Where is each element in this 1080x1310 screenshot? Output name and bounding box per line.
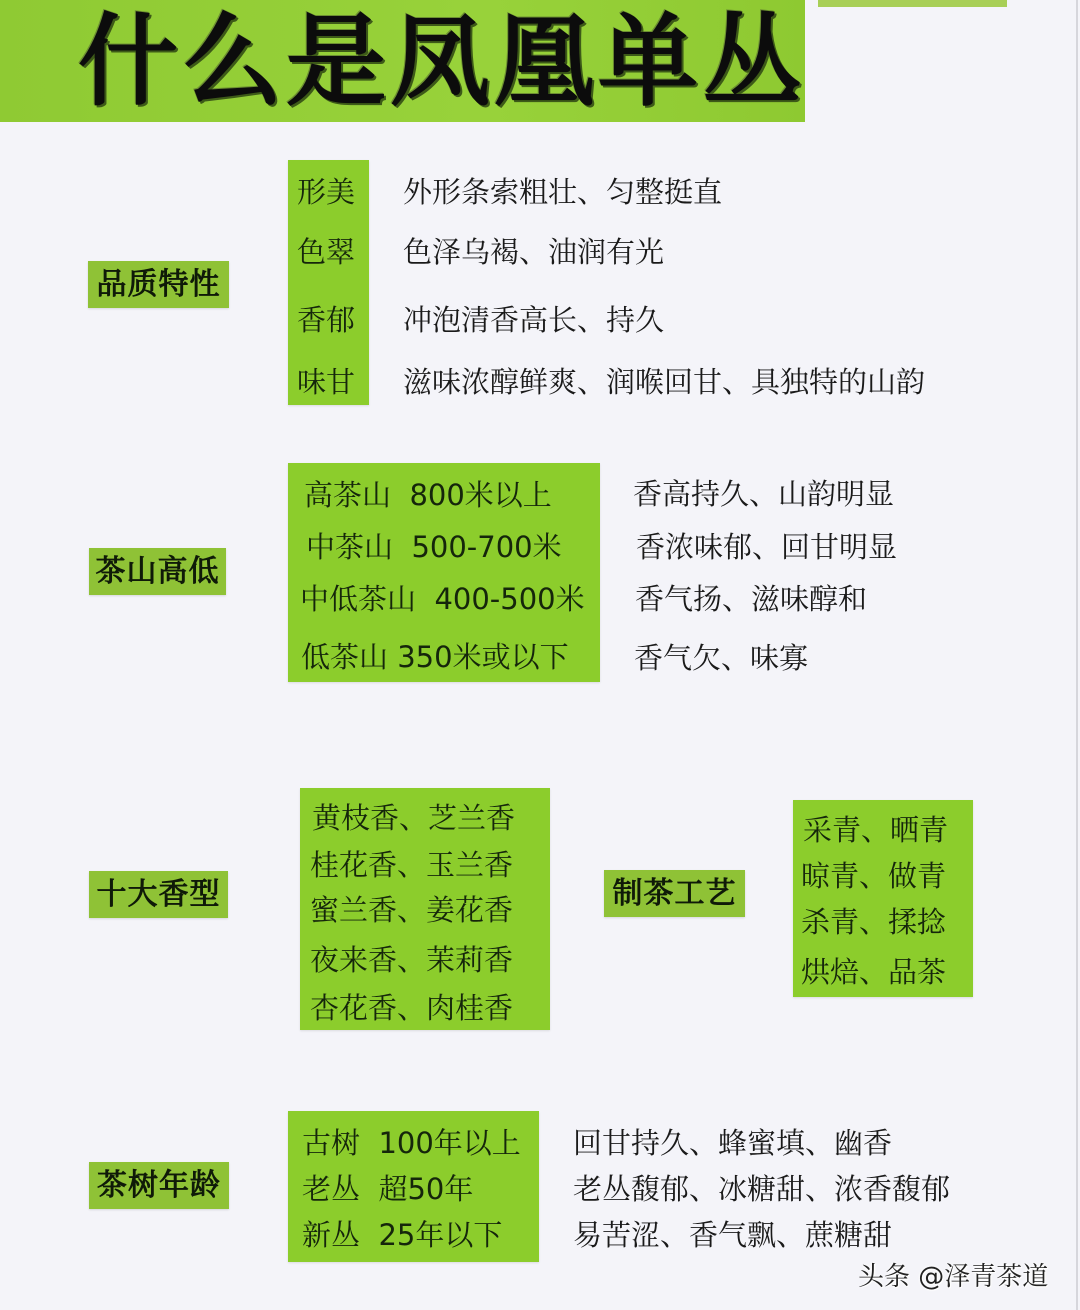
section-label-altitude: 茶山高低	[89, 548, 226, 595]
altitude-value: 400-500米	[434, 582, 584, 616]
altitude-row: 低茶山 350米或以下	[301, 635, 569, 676]
altitude-desc: 香高持久、山韵明显	[633, 472, 894, 513]
tree-age-desc: 回甘持久、蜂蜜填、幽香	[573, 1121, 892, 1162]
section-label-process: 制茶工艺	[604, 870, 745, 917]
altitude-desc: 香浓味郁、回甘明显	[636, 525, 897, 566]
process-row: 晾青、做青	[801, 854, 946, 895]
quality-desc: 冲泡清香高长、持久	[403, 298, 664, 339]
aroma-row: 黄枝香、芝兰香	[312, 796, 515, 837]
tree-age-key: 老丛	[302, 1172, 360, 1206]
altitude-desc: 香气欠、味寡	[634, 636, 808, 677]
quality-desc: 色泽乌褐、油润有光	[403, 230, 664, 271]
tree-age-row: 老丛 超50年	[302, 1167, 473, 1208]
watermark: 头条 @泽青茶道	[858, 1256, 1048, 1293]
section-label-tree-age: 茶树年龄	[89, 1162, 229, 1209]
altitude-desc: 香气扬、滋味醇和	[635, 577, 867, 618]
quality-desc: 外形条索粗壮、匀整挺直	[403, 170, 722, 211]
process-row: 杀青、揉捻	[801, 900, 946, 941]
top-right-decoration	[818, 0, 1007, 7]
process-row: 烘焙、品茶	[801, 950, 946, 991]
tree-age-key: 新丛	[302, 1218, 360, 1252]
altitude-key: 中低茶山	[300, 582, 416, 616]
right-edge-line	[1076, 0, 1078, 1310]
altitude-key: 高茶山	[304, 478, 391, 512]
aroma-row: 夜来香、茉莉香	[310, 938, 513, 979]
section-label-aromas: 十大香型	[89, 871, 228, 918]
altitude-row: 中低茶山 400-500米	[300, 577, 585, 618]
aromas-box: 黄枝香、芝兰香 桂花香、玉兰香 蜜兰香、姜花香 夜来香、茉莉香 杏花香、肉桂香	[300, 788, 550, 1030]
process-box: 采青、晒青 晾青、做青 杀青、揉捻 烘焙、品茶	[793, 800, 973, 997]
page-title: 什么是凤凰单丛	[78, 2, 806, 122]
tree-age-value: 25年以下	[378, 1218, 502, 1252]
quality-desc: 滋味浓醇鲜爽、润喉回甘、具独特的山韵	[403, 360, 925, 401]
altitude-row: 中茶山 500-700米	[306, 525, 562, 566]
tree-age-value: 100年以上	[378, 1126, 520, 1160]
altitude-row: 高茶山 800米以上	[304, 473, 552, 514]
section-label-quality: 品质特性	[88, 261, 229, 308]
aroma-row: 杏花香、肉桂香	[310, 986, 513, 1027]
altitude-value: 500-700米	[411, 530, 561, 564]
altitude-key: 低茶山	[301, 640, 388, 674]
quality-key: 香郁	[297, 298, 355, 339]
quality-key: 味甘	[297, 360, 355, 401]
quality-key: 色翠	[297, 230, 355, 271]
tree-age-box: 古树 100年以上 老丛 超50年 新丛 25年以下	[288, 1111, 539, 1262]
altitude-box: 高茶山 800米以上 中茶山 500-700米 中低茶山 400-500米 低茶…	[288, 463, 600, 682]
aroma-row: 蜜兰香、姜花香	[310, 888, 513, 929]
process-row: 采青、晒青	[803, 808, 948, 849]
quality-key: 形美	[297, 170, 355, 211]
tree-age-row: 古树 100年以上	[302, 1121, 521, 1162]
altitude-value: 350米或以下	[397, 640, 568, 674]
quality-keys-box: 形美 色翠 香郁 味甘	[288, 160, 369, 405]
tree-age-desc: 易苦涩、香气飘、蔗糖甜	[573, 1213, 892, 1254]
altitude-value: 800米以上	[409, 478, 551, 512]
tree-age-row: 新丛 25年以下	[302, 1213, 502, 1254]
tree-age-key: 古树	[302, 1126, 360, 1160]
tree-age-desc: 老丛馥郁、冰糖甜、浓香馥郁	[573, 1167, 950, 1208]
altitude-key: 中茶山	[306, 530, 393, 564]
aroma-row: 桂花香、玉兰香	[310, 843, 513, 884]
tree-age-value: 超50年	[378, 1172, 473, 1206]
